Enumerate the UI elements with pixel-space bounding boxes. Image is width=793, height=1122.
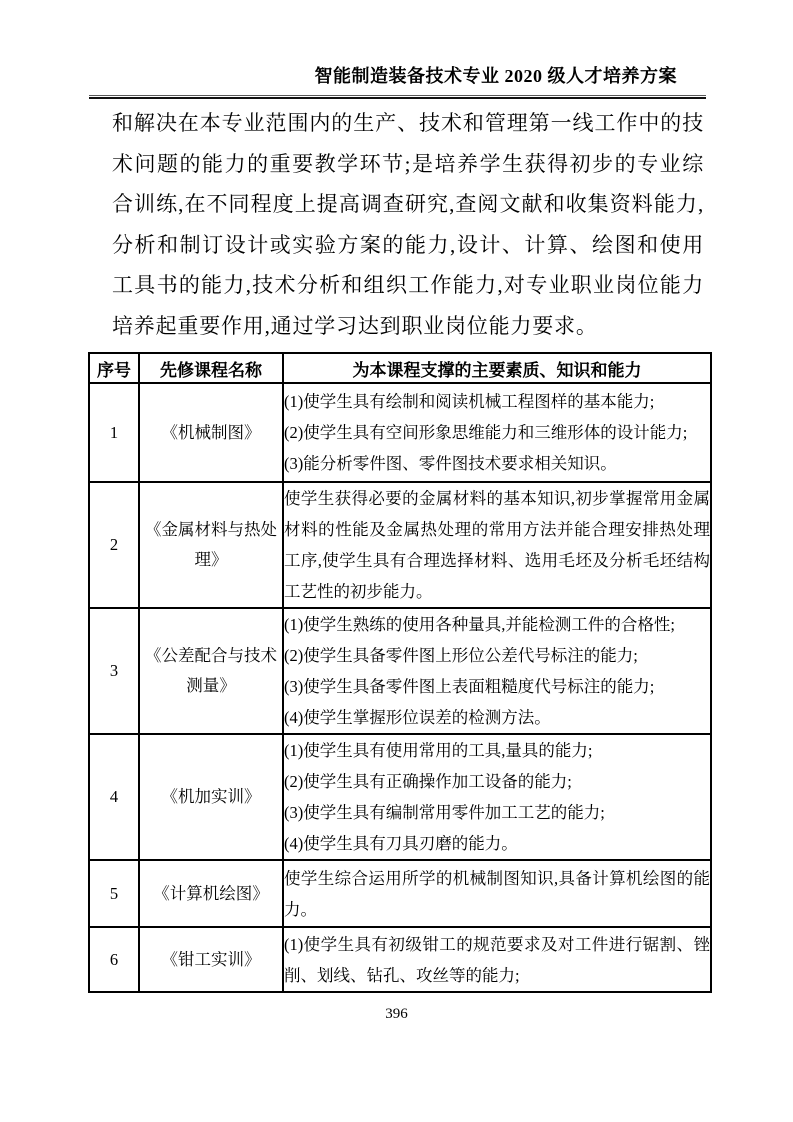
row-no-cell: 1 bbox=[89, 383, 139, 482]
capability-cell: (1)使学生熟练的使用各种量具,并能检测工件的合格性; (2)使学生具备零件图上… bbox=[283, 608, 711, 734]
document-page: 智能制造装备技术专业 2020 级人才培养方案 和解决在本专业范围内的生产、技术… bbox=[0, 0, 793, 1122]
course-name-cell: 《钳工实训》 bbox=[139, 927, 283, 992]
capability-line: (2)使学生具备零件图上形位公差代号标注的能力; bbox=[284, 640, 710, 671]
table-row: 6 《钳工实训》 (1)使学生具有初级钳工的规范要求及对工件进行锯割、锉削、划线… bbox=[89, 927, 711, 992]
course-name-cell: 《机加实训》 bbox=[139, 734, 283, 860]
capability-cell: (1)使学生具有绘制和阅读机械工程图样的基本能力; (2)使学生具有空间形象思维… bbox=[283, 383, 711, 482]
capability-line: (3)能分析零件图、零件图技术要求相关知识。 bbox=[284, 448, 710, 479]
row-no-cell: 6 bbox=[89, 927, 139, 992]
row-no-cell: 4 bbox=[89, 734, 139, 860]
course-name-cell: 《金属材料与热处理》 bbox=[139, 482, 283, 608]
row-no-cell: 5 bbox=[89, 860, 139, 927]
course-name-cell: 《计算机绘图》 bbox=[139, 860, 283, 927]
document-header-title: 智能制造装备技术专业 2020 级人才培养方案 bbox=[315, 62, 678, 88]
capability-line: (1)使学生熟练的使用各种量具,并能检测工件的合格性; bbox=[284, 609, 710, 640]
capability-line: 使学生综合运用所学的机械制图知识,具备计算机绘图的能力。 bbox=[284, 863, 710, 925]
column-header-course-name: 先修课程名称 bbox=[139, 353, 283, 383]
header-divider-line bbox=[89, 95, 706, 99]
capability-line: (4)使学生掌握形位误差的检测方法。 bbox=[284, 702, 710, 733]
capability-line: (2)使学生具有空间形象思维能力和三维形体的设计能力; bbox=[284, 417, 710, 448]
intro-paragraph: 和解决在本专业范围内的生产、技术和管理第一线工作中的技术问题的能力的重要教学环节… bbox=[112, 103, 704, 346]
capability-cell: (1)使学生具有初级钳工的规范要求及对工件进行锯割、锉削、划线、钻孔、攻丝等的能… bbox=[283, 927, 711, 992]
column-header-capabilities: 为本课程支撑的主要素质、知识和能力 bbox=[283, 353, 711, 383]
capability-line: 使学生获得必要的金属材料的基本知识,初步掌握常用金属材料的性能及金属热处理的常用… bbox=[284, 483, 710, 607]
table-row: 3 《公差配合与技术测量》 (1)使学生熟练的使用各种量具,并能检测工件的合格性… bbox=[89, 608, 711, 734]
capability-line: (4)使学生具有刀具刃磨的能力。 bbox=[284, 828, 710, 859]
table-row: 5 《计算机绘图》 使学生综合运用所学的机械制图知识,具备计算机绘图的能力。 bbox=[89, 860, 711, 927]
table-row: 4 《机加实训》 (1)使学生具有使用常用的工具,量具的能力; (2)使学生具有… bbox=[89, 734, 711, 860]
table-row: 2 《金属材料与热处理》 使学生获得必要的金属材料的基本知识,初步掌握常用金属材… bbox=[89, 482, 711, 608]
capability-cell: 使学生综合运用所学的机械制图知识,具备计算机绘图的能力。 bbox=[283, 860, 711, 927]
capability-cell: 使学生获得必要的金属材料的基本知识,初步掌握常用金属材料的性能及金属热处理的常用… bbox=[283, 482, 711, 608]
column-header-no: 序号 bbox=[89, 353, 139, 383]
course-name-cell: 《机械制图》 bbox=[139, 383, 283, 482]
table-header-row: 序号 先修课程名称 为本课程支撑的主要素质、知识和能力 bbox=[89, 353, 711, 383]
row-no-cell: 2 bbox=[89, 482, 139, 608]
capability-line: (1)使学生具有使用常用的工具,量具的能力; bbox=[284, 735, 710, 766]
capability-cell: (1)使学生具有使用常用的工具,量具的能力; (2)使学生具有正确操作加工设备的… bbox=[283, 734, 711, 860]
table-row: 1 《机械制图》 (1)使学生具有绘制和阅读机械工程图样的基本能力; (2)使学… bbox=[89, 383, 711, 482]
row-no-cell: 3 bbox=[89, 608, 139, 734]
prerequisite-courses-table: 序号 先修课程名称 为本课程支撑的主要素质、知识和能力 1 《机械制图》 (1)… bbox=[88, 352, 712, 993]
capability-line: (1)使学生具有绘制和阅读机械工程图样的基本能力; bbox=[284, 386, 710, 417]
capability-line: (3)使学生具备零件图上表面粗糙度代号标注的能力; bbox=[284, 671, 710, 702]
capability-line: (1)使学生具有初级钳工的规范要求及对工件进行锯割、锉削、划线、钻孔、攻丝等的能… bbox=[284, 929, 710, 991]
capability-line: (2)使学生具有正确操作加工设备的能力; bbox=[284, 766, 710, 797]
page-number: 396 bbox=[0, 1006, 793, 1023]
course-name-cell: 《公差配合与技术测量》 bbox=[139, 608, 283, 734]
capability-line: (3)使学生具有编制常用零件加工工艺的能力; bbox=[284, 797, 710, 828]
